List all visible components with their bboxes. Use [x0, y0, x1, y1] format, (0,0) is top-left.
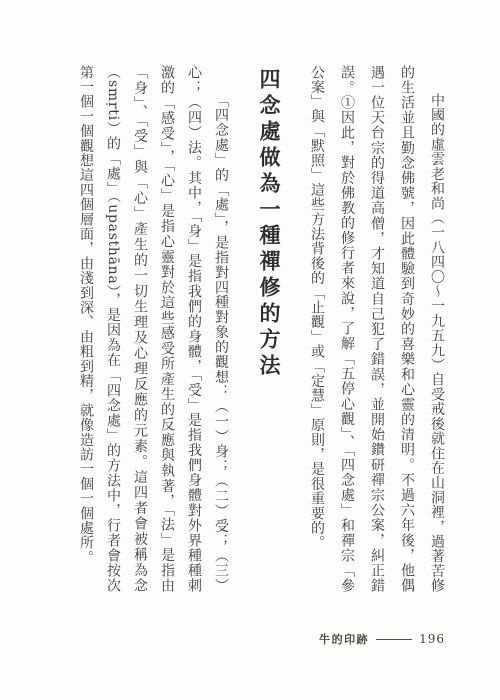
book-page: 中國的虛雲老和尚（一八四〇～一九五九）自受戒後就住在山洞裡，過著苦修的生活並且勤… — [0, 0, 500, 700]
footer-rule — [376, 639, 412, 640]
page-number: 196 — [419, 632, 445, 646]
paragraph-four-foundations: 「四念處」的「處」，是指對四種對象的觀想：（一）身；（二）受；（三）心；（四）法… — [72, 65, 234, 593]
page-footer: 牛的印跡 196 — [0, 631, 445, 647]
paragraph-xuyun-story: 中國的虛雲老和尚（一八四〇～一九五九）自受戒後就住在山洞裡，過著苦修的生活並且勤… — [302, 65, 452, 593]
book-title: 牛的印跡 — [319, 631, 369, 647]
vertical-text-block: 中國的虛雲老和尚（一八四〇～一九五九）自受戒後就住在山洞裡，過著苦修的生活並且勤… — [72, 65, 452, 593]
section-heading: 四念處做為一種禪修的方法 — [256, 68, 282, 593]
